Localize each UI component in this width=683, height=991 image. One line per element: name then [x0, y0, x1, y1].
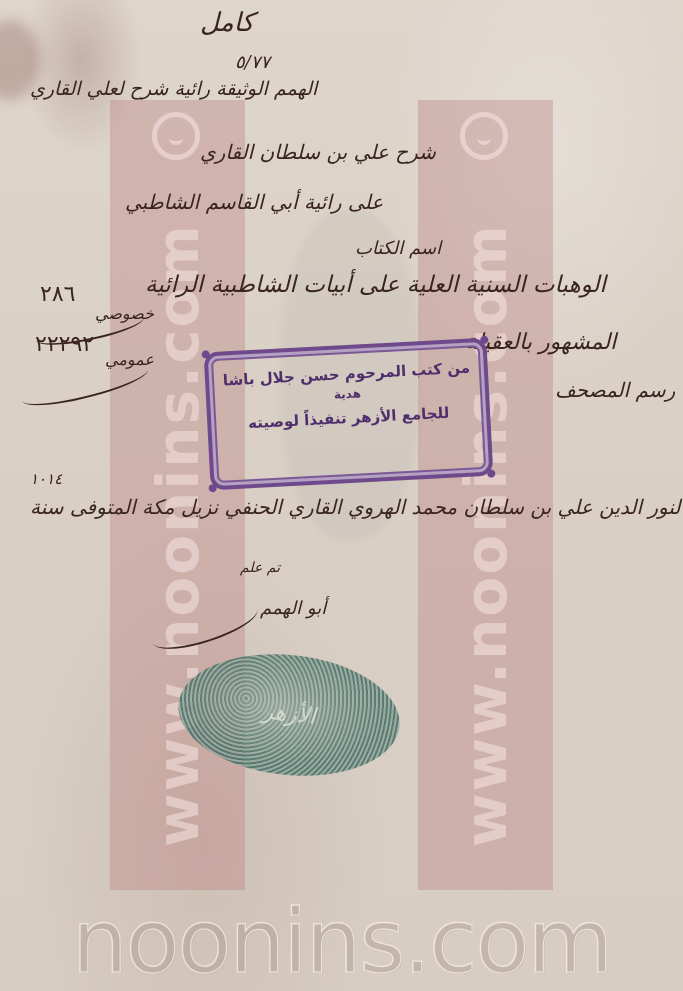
title-line: الهمم الوثيقة رائية شرح لعلي القاري: [30, 78, 317, 100]
signature-line-1: تم علم: [240, 560, 280, 576]
stamp-line-3: للجامع الأزهر تنفيذاً لوصيته: [211, 402, 487, 434]
author-line: لنور الدين علي بن سلطان محمد الهروي القا…: [30, 495, 681, 519]
book-name-label: اسم الكتاب: [355, 238, 441, 259]
ownership-stamp: من كتب المرحوم حسن جلال باشا هدية للجامع…: [204, 338, 494, 491]
raiyya-line: على رائية أبي القاسم الشاطبي: [125, 190, 383, 214]
sharh-line: شرح علي بن سلطان القاري: [200, 140, 436, 164]
signature-line-2: أبو الهمم: [260, 598, 326, 619]
known-as-line: المشهور بالعقيلة: [465, 330, 616, 355]
note-kamil: كامل: [200, 8, 254, 38]
book-title: الوهبات السنية العلية على أبيات الشاطبية…: [145, 272, 606, 298]
note-top-number: ٥/٧٧: [235, 52, 270, 73]
author-death-year: ١٠١٤: [30, 470, 62, 488]
watermark-bottom-text: noonins.com: [0, 890, 683, 991]
manuscript-page: www.noonins.com www.noonins.com كامل ٥/٧…: [0, 0, 683, 991]
stamp-corner-dot: [201, 350, 209, 358]
subject-line: في رسم المصحف: [555, 378, 683, 402]
watermark-logo-icon: [152, 112, 200, 160]
watermark-logo-icon: [460, 112, 508, 160]
shelf-number-private: ٢٨٦: [40, 282, 75, 307]
shelf-number-general: ٢٢٢٩٢: [35, 332, 94, 357]
